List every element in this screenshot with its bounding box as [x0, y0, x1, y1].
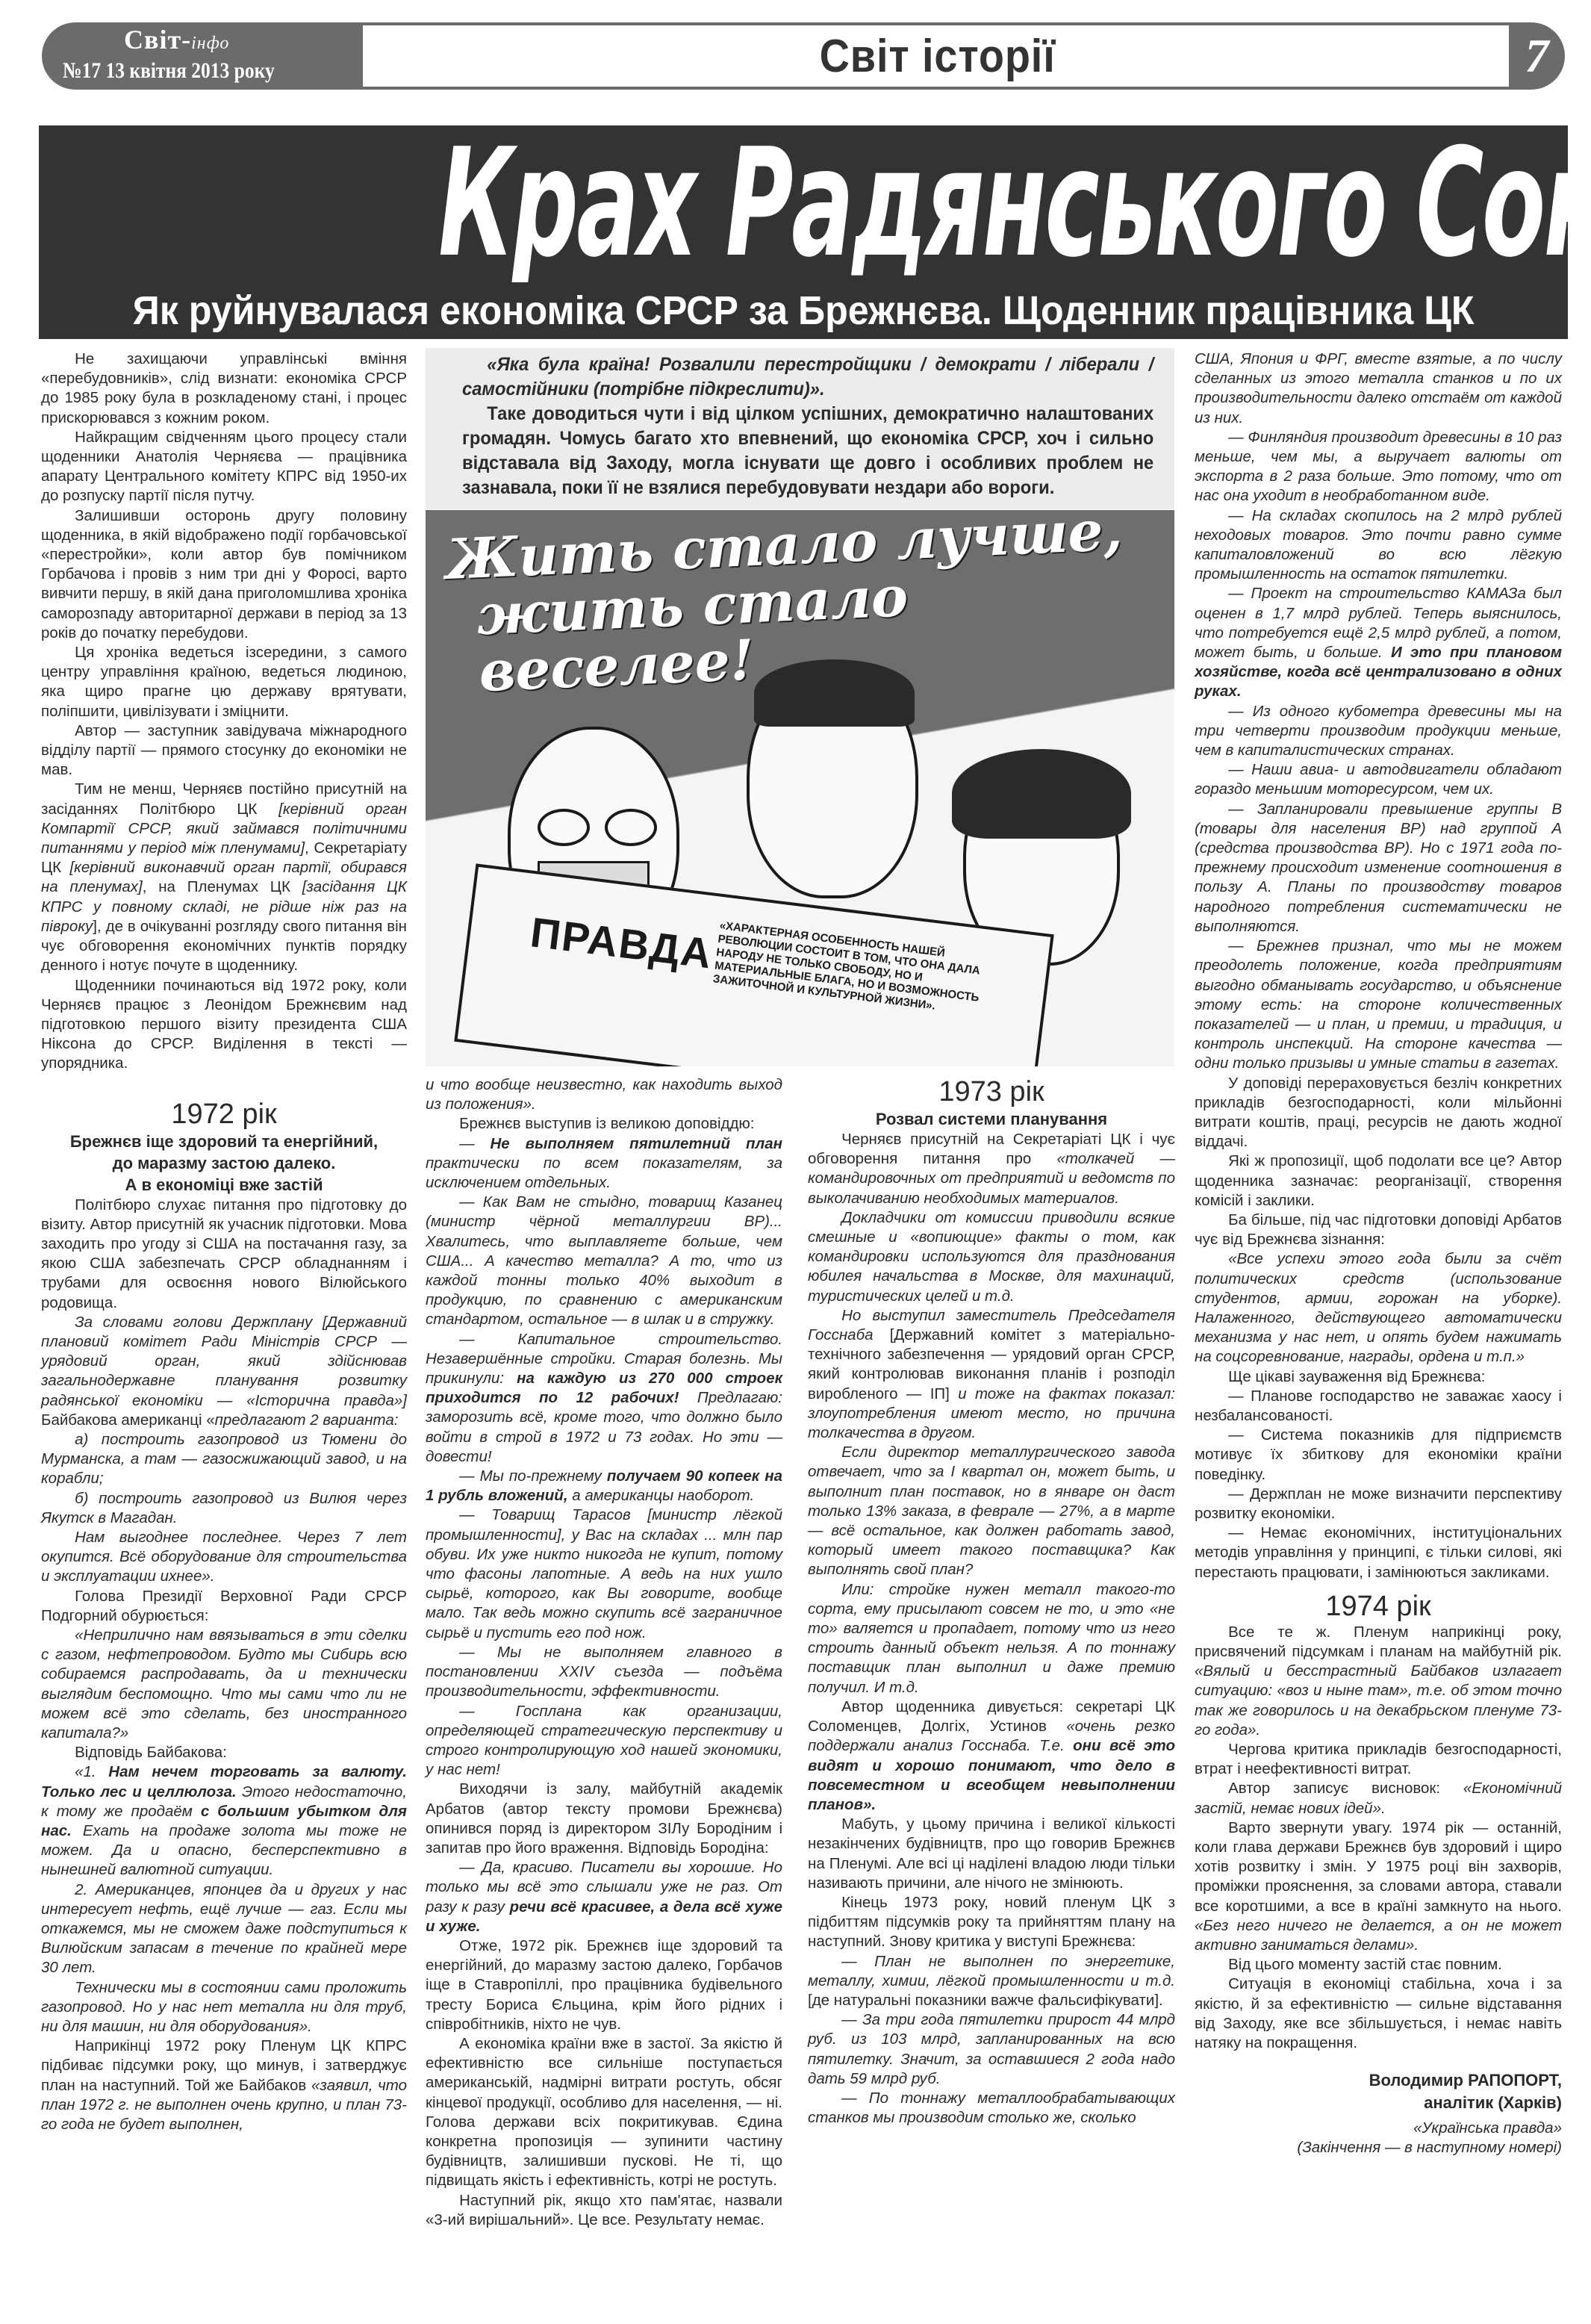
paragraph: Кінець 1973 року, новий пленум ЦК з підб…	[808, 1893, 1175, 1952]
paragraph: Или: стройке нужен металл такого-то сорт…	[808, 1580, 1175, 1697]
paragraph: — Немає економічних, інституціональних м…	[1195, 1523, 1562, 1582]
paragraph: Автор — заступник завідувача міжнародног…	[41, 721, 407, 780]
article-column-3: 1973 рік Розвал системи планування Черня…	[808, 1075, 1175, 2128]
paragraph: Мабуть, у цьому причина і великої кілько…	[808, 1815, 1175, 1893]
issue-date: №17 13 квітня 2013 року	[63, 58, 275, 84]
paragraph: Політбюро слухає питання про підготовку …	[41, 1196, 407, 1313]
paragraph: Які ж пропозиції, щоб подолати все це? А…	[1195, 1152, 1562, 1211]
paragraph: — Система показників для підприємств мот…	[1195, 1426, 1562, 1485]
paragraph: — Запланировали превышение группы В (тов…	[1195, 800, 1562, 936]
paragraph: Все те ж. Пленум наприкінці року, присвя…	[1195, 1623, 1562, 1740]
hair-shape	[754, 659, 915, 727]
source-credit: «Українська правда»	[1195, 2119, 1562, 2138]
year-heading-1972: 1972 рік	[41, 1098, 407, 1131]
section-subheading: до маразму застою далеко.	[41, 1152, 407, 1174]
continued-note: (Закінчення — в наступному номері)	[1195, 2138, 1562, 2157]
section-subheading: Брежнєв іще здоровий та енергійний,	[41, 1131, 407, 1152]
page-number: 7	[1509, 22, 1565, 90]
paragraph: — Наши авиа- и автодвигатели обладают го…	[1195, 760, 1562, 799]
masthead-brand-block: Світ-інфо №17 13 квітня 2013 року	[42, 22, 363, 90]
lead-quote: «Яка була країна! Розвалили перестройщик…	[436, 352, 1164, 402]
paragraph: Залишивши осторонь другу половину щоденн…	[41, 506, 407, 643]
paragraph: — Мы не выполняем главного в постановлен…	[426, 1643, 782, 1702]
paragraph: — На складах скопилось на 2 млрд рублей …	[1195, 506, 1562, 585]
paragraph: Виходячи із залу, майбутній академік Арб…	[426, 1780, 782, 1858]
paragraph: — Капитальное строительство. Незавершённ…	[426, 1330, 782, 1467]
paragraph: Ситуація в економіці стабільна, хоча і з…	[1195, 1975, 1562, 2053]
article-column-4: США, Япония и ФРГ, вместе взятые, а по ч…	[1195, 349, 1562, 2158]
paragraph: Ще цікаві зауваження від Брежнєва:	[1195, 1367, 1562, 1387]
paragraph: — Планове господарство не заважає хаосу …	[1195, 1387, 1562, 1426]
paragraph: Не захищаючи управлінські вміння «перебу…	[41, 349, 407, 428]
year-heading-1974: 1974 рік	[1195, 1590, 1562, 1623]
article-headline: Крах Радянського Союзу	[39, 125, 1568, 282]
section-header: Світ історії	[363, 22, 1513, 90]
paragraph: А економіка країни вже в застої. За якіс…	[426, 2034, 782, 2191]
paragraph: Наприкінці 1972 року Пленум ЦК КПРС підб…	[41, 2036, 407, 2134]
section-subheading: Розвал системи планування	[808, 1108, 1175, 1130]
paragraph: Відповідь Байбакова:	[41, 1743, 407, 1762]
newspaper-masthead: ПРАВДА	[528, 907, 715, 978]
paragraph: Тим не менш, Черняєв постійно присутній …	[41, 780, 407, 975]
paragraph: а) построить газопровод из Тюмени до Мур…	[41, 1430, 407, 1489]
paragraph: За словами голови Держплану [Державний п…	[41, 1313, 407, 1430]
paragraph: Отже, 1972 рік. Брежнєв іще здоровий та …	[426, 1936, 782, 2034]
paragraph: — Из одного кубометра древесины мы на тр…	[1195, 702, 1562, 761]
paragraph: Ба більше, під час підготовки доповіді А…	[1195, 1211, 1562, 1249]
paragraph: Голова Президії Верховної Ради СРСР Подг…	[41, 1587, 407, 1626]
paragraph: Щоденники починаються від 1972 року, кол…	[41, 976, 407, 1074]
paragraph: — Да, красиво. Писатели вы хорошие. Но т…	[426, 1858, 782, 1936]
paragraph: — Финляндия производит древесины в 10 ра…	[1195, 428, 1562, 506]
paragraph: — Брежнев признал, что мы не можем преод…	[1195, 936, 1562, 1073]
paragraph: Докладчики от комиссии приводили всякие …	[808, 1208, 1175, 1306]
article-subheadline: Як руйнувалася економіка СРСР за Брежнєв…	[39, 282, 1568, 339]
paragraph: Ця хроніка ведеться ізсередини, з самого…	[41, 643, 407, 721]
author-role: аналітик (Харків)	[1195, 2092, 1562, 2114]
paragraph: У доповіді перераховується безліч конкре…	[1195, 1074, 1562, 1152]
paragraph: «Неприлично нам ввязываться в эти сделки…	[41, 1626, 407, 1743]
masthead: Світ-інфо №17 13 квітня 2013 року Світ і…	[42, 22, 1565, 90]
paragraph: Чергова критика прикладів безгосподарнос…	[1195, 1740, 1562, 1779]
paragraph: Автор записує висновок: «Економічний зас…	[1195, 1779, 1562, 1818]
paragraph: Технически мы в состоянии сами проложить…	[41, 1978, 407, 2037]
paragraph: и что вообще неизвестно, как находить вы…	[426, 1075, 782, 1114]
paragraph: — Не выполняем пятилетний план практичес…	[426, 1134, 782, 1193]
paragraph: — Как Вам не стыдно, товарищ Казанец (ми…	[426, 1193, 782, 1329]
paragraph: «1. Нам нечем торговать за валюту. Тольк…	[41, 1762, 407, 1880]
newspaper-logo: Світ-інфо	[124, 24, 229, 55]
author-name: Володимир РАПОПОРТ,	[1195, 2069, 1562, 2092]
paragraph: — За три года пятилетки прирост 44 млрд …	[808, 2010, 1175, 2089]
paragraph: Варто звернути увагу. 1974 рік — останні…	[1195, 1818, 1562, 1955]
newspaper-quote: «Характерная особенность нашей революции…	[712, 919, 1017, 1022]
paragraph: США, Япония и ФРГ, вместе взятые, а по ч…	[1195, 349, 1562, 428]
article-column-1: Не захищаючи управлінські вміння «перебу…	[41, 349, 407, 2134]
paragraph: 2. Американцев, японцев да и других у на…	[41, 1880, 407, 1978]
lead-quote-box: «Яка була країна! Розвалили перестройщик…	[426, 348, 1174, 509]
year-heading-1973: 1973 рік	[808, 1075, 1175, 1108]
paragraph: — Проект на строительство КАМАЗа был оце…	[1195, 584, 1562, 701]
paragraph: — Держплан не може визначити перспективу…	[1195, 1485, 1562, 1523]
paragraph: — По тоннажу металлообрабатывающих станк…	[808, 2089, 1175, 2128]
paragraph: — Мы по-прежнему получаем 90 копеек на 1…	[426, 1467, 782, 1506]
paragraph: «Все успехи этого года были за счёт поли…	[1195, 1249, 1562, 1367]
paragraph: Від цього моменту застій стає повним.	[1195, 1955, 1562, 1975]
paragraph: Наступний рік, якщо хто пам'ятає, назвал…	[426, 2191, 782, 2230]
lead-text: Таке доводиться чути і від цілком успішн…	[436, 402, 1164, 500]
soviet-poster-illustration: Жить стало лучше, жить стало веселее! ПР…	[426, 510, 1174, 1066]
paragraph: — Товарищ Тарасов [министр лёгкой промыш…	[426, 1506, 782, 1642]
paragraph: Нам выгоднее последнее. Через 7 лет окуп…	[41, 1528, 407, 1587]
paragraph: Но выступил заместитель Председателя Гос…	[808, 1306, 1175, 1443]
paragraph: — Госплана как организации, определяющей…	[426, 1702, 782, 1780]
paragraph: Черняєв присутній на Секретаріаті ЦК і ч…	[808, 1130, 1175, 1208]
paragraph: Если директор металлургического завода о…	[808, 1443, 1175, 1579]
article-column-2: и что вообще неизвестно, как находить вы…	[426, 1075, 782, 2230]
paragraph: Найкращим свідченням цього процесу стали…	[41, 428, 407, 506]
section-subheading: А в економіці вже застій	[41, 1174, 407, 1196]
hair-shape	[952, 749, 1131, 839]
glasses-icon	[605, 809, 657, 846]
paragraph: — План не выполнен по энергетике, металл…	[808, 1952, 1175, 2011]
paragraph: Брежнєв выступив із великою доповіддю:	[426, 1114, 782, 1134]
paragraph: Автор щоденника дивується: секретарі ЦК …	[808, 1697, 1175, 1815]
paragraph: б) построить газопровод из Вилюя через Я…	[41, 1489, 407, 1528]
section-title: Світ історії	[820, 30, 1056, 83]
glasses-icon	[538, 809, 590, 846]
